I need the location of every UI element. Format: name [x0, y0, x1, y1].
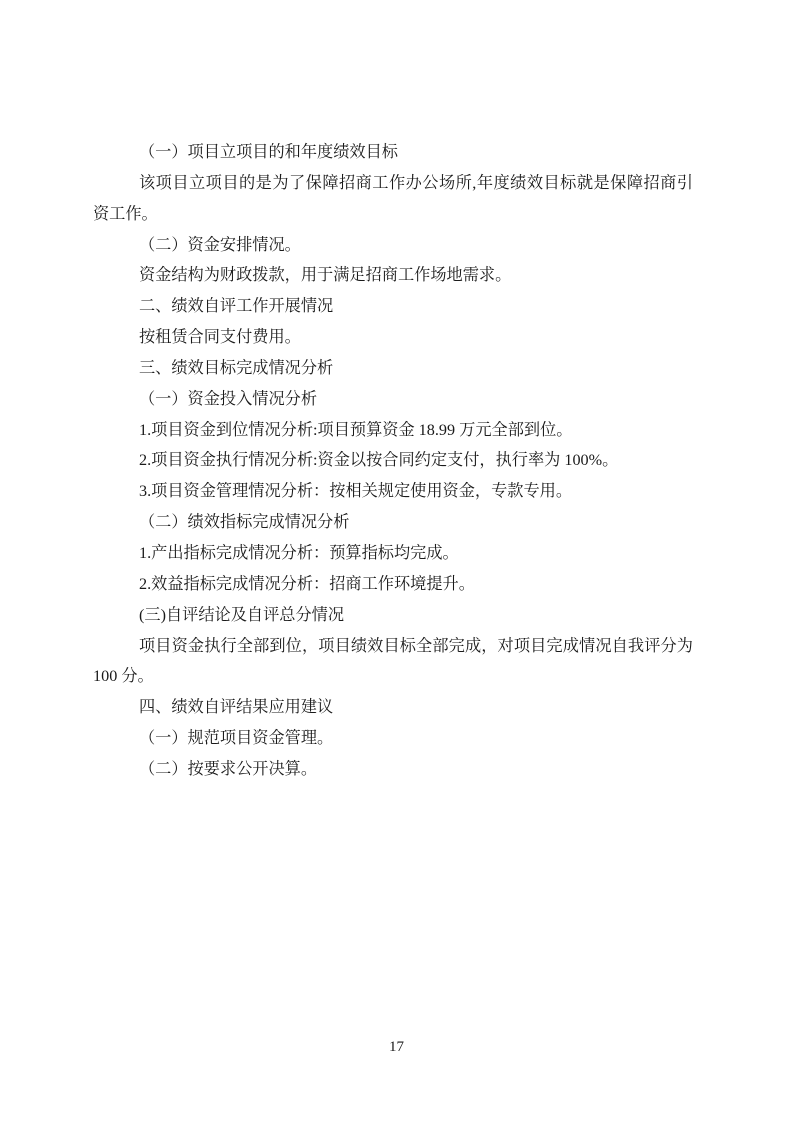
heading-result-application: 四、绩效自评结果应用建议: [93, 692, 693, 723]
para-self-eval-score: 项目资金执行全部到位，项目绩效目标全部完成，对项目完成情况自我评分为 100 分…: [93, 631, 693, 693]
item-benefit-indicator: 2.效益指标完成情况分析：招商工作环境提升。: [93, 569, 693, 600]
item-fund-management: 3.项目资金管理情况分析：按相关规定使用资金，专款专用。: [93, 476, 693, 507]
item-fund-arrival: 1.项目资金到位情况分析:项目预算资金 18.99 万元全部到位。: [93, 415, 693, 446]
heading-self-eval-work: 二、绩效自评工作开展情况: [93, 291, 693, 322]
heading-fund-input-analysis: （一）资金投入情况分析: [93, 384, 693, 415]
item-output-indicator: 1.产出指标完成情况分析：预算指标均完成。: [93, 538, 693, 569]
document-page: （一）项目立项目的和年度绩效目标 该项目立项目的是为了保障招商工作办公场所,年度…: [0, 0, 793, 1122]
item-fund-execution: 2.项目资金执行情况分析:资金以按合同约定支付，执行率为 100%。: [93, 445, 693, 476]
heading-self-eval-conclusion: (三)自评结论及自评总分情况: [93, 600, 693, 631]
item-disclose-final-accounts: （二）按要求公开决算。: [93, 754, 693, 785]
item-standardize-fund-management: （一）规范项目资金管理。: [93, 723, 693, 754]
page-number: 17: [0, 1039, 793, 1056]
heading-fund-arrangement: （二）资金安排情况。: [93, 230, 693, 261]
heading-project-purpose: （一）项目立项目的和年度绩效目标: [93, 137, 693, 168]
heading-indicator-completion: （二）绩效指标完成情况分析: [93, 507, 693, 538]
para-lease-payment: 按租赁合同支付费用。: [93, 322, 693, 353]
para-fund-structure: 资金结构为财政拨款，用于满足招商工作场地需求。: [93, 260, 693, 291]
heading-target-completion: 三、绩效目标完成情况分析: [93, 353, 693, 384]
document-body: （一）项目立项目的和年度绩效目标 该项目立项目的是为了保障招商工作办公场所,年度…: [93, 137, 693, 785]
para-project-purpose: 该项目立项目的是为了保障招商工作办公场所,年度绩效目标就是保障招商引资工作。: [93, 168, 693, 230]
